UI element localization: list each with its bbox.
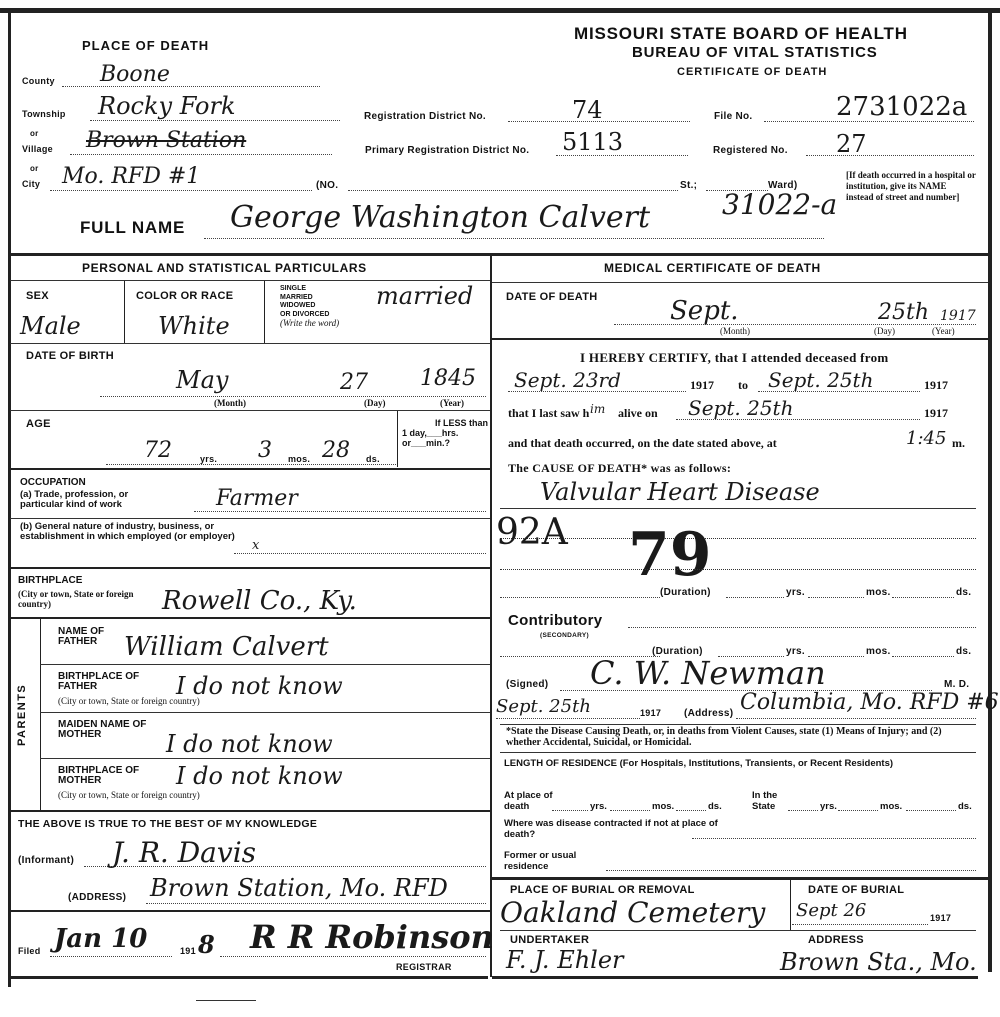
file-no-value[interactable]: 2731022a [836, 92, 967, 122]
occupation-b-label: (b) General nature of industry, business… [20, 522, 240, 542]
mother-maiden-value[interactable]: I do not know [166, 730, 333, 758]
registered-no-line [806, 155, 974, 156]
duration2-ds-line [892, 656, 954, 657]
occupation-heading: OCCUPATION [20, 478, 86, 488]
column-divider [490, 255, 492, 977]
marital-hint: (Write the word) [280, 319, 339, 328]
contributory-label: Contributory [508, 612, 602, 629]
marital-married-label: MARRIED [280, 294, 339, 303]
occupation-a-label: (a) Trade, profession, or particular kin… [20, 490, 170, 510]
right-border [988, 12, 992, 972]
dod-row-line [492, 338, 988, 340]
birthplace-value[interactable]: Rowell Co., Ky. [162, 586, 357, 616]
parents-label: PARENTS [16, 684, 28, 746]
agency-title: MISSOURI STATE BOARD OF HEALTH [574, 24, 908, 44]
dod-year[interactable]: 1917 [940, 308, 976, 324]
marital-labels: SINGLE MARRIED WIDOWED OR DIVORCED (Writ… [280, 285, 339, 328]
cause-value[interactable]: Valvular Heart Disease [540, 478, 820, 506]
township-label: Township [22, 109, 66, 119]
township-line [90, 120, 340, 121]
full-name-value[interactable]: George Washington Calvert [230, 200, 650, 235]
age-ds-label: ds. [366, 454, 380, 464]
at-place-ds-label: ds. [708, 802, 722, 812]
age-days[interactable]: 28 [322, 438, 350, 463]
dod-month[interactable]: Sept. [670, 296, 739, 326]
md-label: M. D. [944, 679, 969, 690]
father-name-line [40, 664, 490, 665]
doctor-address-value[interactable]: Columbia, Mo. RFD #6 [740, 690, 999, 715]
personal-heading-line [10, 280, 490, 281]
burial-year-value: 1917 [930, 913, 951, 923]
burial-date-value[interactable]: Sept 26 [796, 900, 866, 921]
last-saw-date[interactable]: Sept. 25th [688, 396, 793, 420]
township-value[interactable]: Rocky Fork [98, 92, 236, 120]
registered-no-value[interactable]: 27 [836, 130, 867, 158]
or-label-1: or [30, 129, 39, 138]
sign-row-line [500, 724, 976, 725]
dob-year[interactable]: 1845 [420, 366, 476, 391]
informant-address-label: (ADDRESS) [68, 892, 126, 903]
age-row-line [10, 468, 490, 470]
cause-footnote: *State the Disease Causing Death, or, in… [506, 726, 976, 748]
age-line [106, 464, 396, 465]
age-months[interactable]: 3 [258, 438, 272, 463]
attended-from-year: 1917 [690, 378, 714, 393]
duration-yrs-label: yrs. [786, 587, 805, 598]
color-label: COLOR OR RACE [136, 290, 233, 302]
attended-to-year: 1917 [924, 378, 948, 393]
marital-value[interactable]: married [376, 282, 473, 310]
informant-value[interactable]: J. R. Davis [112, 836, 256, 869]
age-label: AGE [26, 418, 51, 430]
burial-place-label: PLACE OF BURIAL OR REMOVAL [510, 884, 695, 896]
duration-line [500, 597, 660, 598]
parents-row-line [10, 810, 490, 812]
full-name-line [204, 238, 824, 239]
residence-row-line [492, 877, 988, 880]
father-name-value[interactable]: William Calvert [124, 632, 329, 662]
filed-year-suffix[interactable]: 8 [198, 930, 215, 959]
burial-row-line [500, 930, 976, 931]
attended-to-value[interactable]: Sept. 25th [768, 368, 873, 392]
less-than-block: If LESS than 1 day,___hrs. or___min.? [402, 418, 488, 448]
registrar-label: REGISTRAR [396, 962, 452, 972]
to-label: to [738, 378, 748, 393]
father-birthplace-line [40, 712, 490, 713]
certify-text: I HEREBY CERTIFY, that I attended deceas… [580, 350, 889, 366]
county-label: County [22, 76, 55, 86]
mother-maiden-label: MAIDEN NAME OF MOTHER [58, 720, 168, 740]
undertaker-address-label: ADDRESS [808, 934, 864, 946]
duration-mos-line [808, 597, 864, 598]
father-name-label: NAME OF FATHER [58, 627, 128, 647]
birthplace-hint: (City or town, State or foreign country) [18, 589, 148, 609]
age-mos-label: mos. [288, 454, 310, 464]
village-line [70, 154, 332, 155]
sign-date-line [496, 718, 640, 719]
at-place-yrs-line [552, 810, 588, 811]
hospital-note: [If death occurred in a hospital or inst… [846, 170, 976, 203]
former-residence-label: Former or usual residence [504, 850, 584, 872]
mother-birthplace-label: BIRTHPLACE OF MOTHER [58, 766, 158, 786]
occupation-row-line [10, 567, 490, 569]
burial-divider [790, 878, 791, 930]
occupation-b-line [234, 553, 486, 554]
residence-heading: LENGTH OF RESIDENCE (For Hospitals, Inst… [504, 758, 974, 769]
footer-mark [196, 1000, 256, 1001]
attended-from-value[interactable]: Sept. 23rd [514, 368, 621, 392]
at-place-ds-line [676, 810, 706, 811]
medical-heading: MEDICAL CERTIFICATE OF DEATH [604, 261, 821, 275]
in-state-mos-label: mos. [880, 802, 902, 812]
at-place-label: At place of death [504, 790, 564, 812]
age-divider [397, 411, 398, 467]
contracted-line [692, 838, 976, 839]
primary-district-value[interactable]: 5113 [562, 128, 623, 156]
doctor-address-label: (Address) [684, 708, 733, 719]
village-label: Village [22, 144, 53, 154]
duration-mos-label: mos. [866, 587, 891, 598]
alive-on-text: alive on [618, 406, 658, 421]
contributory-line [628, 627, 976, 628]
occupation-a-line [194, 511, 486, 512]
birthplace-row-line [10, 617, 490, 619]
main-section-divider [8, 253, 988, 256]
parents-divider [40, 618, 41, 810]
dod-year-caption: (Year) [932, 326, 955, 336]
occupation-b-value[interactable]: x [252, 538, 259, 553]
city-value[interactable]: Mo. RFD #1 [62, 164, 200, 189]
contracted-label: Where was disease contracted if not at p… [504, 818, 724, 840]
dob-day-caption: (Day) [364, 398, 386, 408]
occupation-a-value[interactable]: Farmer [216, 486, 298, 511]
village-value[interactable]: Brown Station [86, 128, 246, 153]
medical-heading-line [492, 282, 988, 283]
color-divider [264, 281, 265, 343]
marital-single-label: SINGLE [280, 285, 339, 294]
cause-mark: 79 [628, 520, 712, 590]
dob-label: DATE OF BIRTH [26, 350, 114, 362]
sign-date-value[interactable]: Sept. 25th [496, 696, 591, 717]
burial-date-label: DATE OF BURIAL [808, 884, 904, 896]
undertaker-address-value[interactable]: Brown Sta., Mo. [780, 948, 977, 976]
dob-month-caption: (Month) [214, 398, 246, 408]
duration-ds-label: ds. [956, 587, 971, 598]
county-value[interactable]: Boone [100, 62, 170, 87]
dob-row-line [10, 410, 490, 411]
burial-place-value[interactable]: Oakland Cemetery [500, 896, 765, 929]
signed-value[interactable]: C. W. Newman [590, 654, 826, 692]
at-place-mos-label: mos. [652, 802, 674, 812]
file-no-label: File No. [714, 111, 753, 122]
informant-row-line [10, 910, 490, 912]
duration-ds-line [892, 597, 954, 598]
time-value[interactable]: 1:45 [906, 428, 946, 449]
dob-year-caption: (Year) [440, 398, 464, 408]
marital-widowed-label: WIDOWED [280, 302, 339, 311]
burial-date-line [792, 924, 928, 925]
dob-month[interactable]: May [176, 366, 228, 394]
mother-birthplace-value[interactable]: I do not know [176, 762, 343, 790]
street-no-label: (NO. [316, 180, 338, 191]
at-place-mos-line [610, 810, 650, 811]
father-birthplace-label: BIRTHPLACE OF FATHER [58, 672, 158, 692]
full-name-label: FULL NAME [80, 218, 185, 238]
former-residence-line [606, 870, 976, 871]
sex-row-line [10, 343, 490, 344]
sex-value[interactable]: Male [20, 312, 81, 340]
filed-date-line [50, 956, 172, 957]
registrar-line [220, 956, 486, 957]
informant-address-value[interactable]: Brown Station, Mo. RFD [150, 874, 448, 902]
at-place-yrs-label: yrs. [590, 802, 607, 812]
color-value[interactable]: White [158, 312, 230, 340]
filed-year-prefix: 191 [180, 946, 196, 956]
in-state-yrs-line [788, 810, 818, 811]
sex-label: SEX [26, 290, 49, 302]
father-birthplace-value[interactable]: I do not know [176, 672, 343, 700]
last-saw-year: 1917 [924, 406, 948, 421]
duration2-ds-label: ds. [956, 646, 971, 657]
mother-birthplace-hint: (City or town, State or foreign country) [58, 790, 200, 800]
primary-district-label: Primary Registration District No. [365, 145, 529, 156]
dob-day[interactable]: 27 [340, 370, 368, 395]
cause-label: The CAUSE OF DEATH* was as follows: [508, 461, 731, 476]
undertaker-value[interactable]: F. J. Ehler [506, 946, 624, 974]
less-than-hours: 1 day,___hrs. [402, 428, 488, 438]
in-state-mos-line [838, 810, 878, 811]
doctor-address-line [736, 718, 976, 719]
left-border [8, 12, 11, 987]
or-label-2: or [30, 164, 39, 173]
signed-label: (Signed) [506, 679, 548, 690]
city-label: City [22, 179, 40, 189]
in-state-ds-line [906, 810, 956, 811]
cause-line-1 [500, 508, 976, 509]
sex-divider [124, 281, 125, 343]
cause-code: 92A [496, 512, 568, 553]
time-suffix: m. [952, 436, 965, 451]
in-state-yrs-label: yrs. [820, 802, 837, 812]
secondary-label: (SECONDARY) [540, 632, 589, 639]
informant-statement: THE ABOVE IS TRUE TO THE BEST OF MY KNOW… [18, 818, 317, 830]
occupation-a-divider [10, 518, 490, 519]
filed-date-value[interactable]: Jan 10 [54, 924, 147, 954]
bureau-title: BUREAU OF VITAL STATISTICS [632, 44, 878, 61]
personal-heading: PERSONAL AND STATISTICAL PARTICULARS [82, 261, 367, 275]
dob-line [100, 396, 486, 397]
place-of-death-heading: PLACE OF DEATH [82, 38, 209, 53]
registered-no-label: Registered No. [713, 145, 788, 156]
in-state-ds-label: ds. [958, 802, 972, 812]
registration-district-value[interactable]: 74 [572, 96, 603, 124]
duration-yrs-line [726, 597, 784, 598]
mother-maiden-line [40, 758, 490, 759]
less-than-minutes: or___min.? [402, 438, 488, 448]
registration-district-label: Registration District No. [364, 111, 486, 122]
certificate-title: CERTIFICATE OF DEATH [677, 66, 827, 78]
registrar-signature[interactable]: R R Robinson [250, 918, 494, 956]
birthplace-label: BIRTHPLACE [18, 576, 82, 586]
footnote-line [500, 752, 976, 753]
duration-label: (Duration) [660, 587, 711, 598]
last-saw-text: that I last saw h [508, 406, 589, 421]
less-than-line-1: If LESS than [402, 418, 488, 428]
sign-year: 1917 [640, 708, 661, 718]
city-line [50, 190, 312, 191]
in-state-label: In the State [752, 790, 802, 812]
occurred-text: and that death occurred, on the date sta… [508, 436, 777, 451]
undertaker-label: UNDERTAKER [510, 934, 589, 946]
age-years[interactable]: 72 [144, 438, 172, 463]
street-line [348, 190, 678, 191]
cause-line-2 [500, 538, 976, 539]
informant-address-line [146, 903, 486, 904]
duration2-mos-label: mos. [866, 646, 891, 657]
bottom-right-border [492, 976, 978, 979]
file-annotation: 31022-a [722, 188, 837, 221]
informant-label: (Informant) [18, 855, 74, 866]
top-border [0, 8, 1000, 13]
age-yrs-label: yrs. [200, 454, 217, 464]
bottom-left-border [10, 976, 488, 979]
filed-label: Filed [18, 946, 41, 956]
cause-line-3 [500, 569, 976, 570]
dod-month-caption: (Month) [720, 326, 750, 336]
st-label: St.; [680, 180, 697, 191]
dod-day[interactable]: 25th [878, 300, 929, 325]
last-saw-pronoun[interactable]: im [590, 402, 605, 416]
dod-label: DATE OF DEATH [506, 291, 598, 303]
dod-day-caption: (Day) [874, 326, 895, 336]
